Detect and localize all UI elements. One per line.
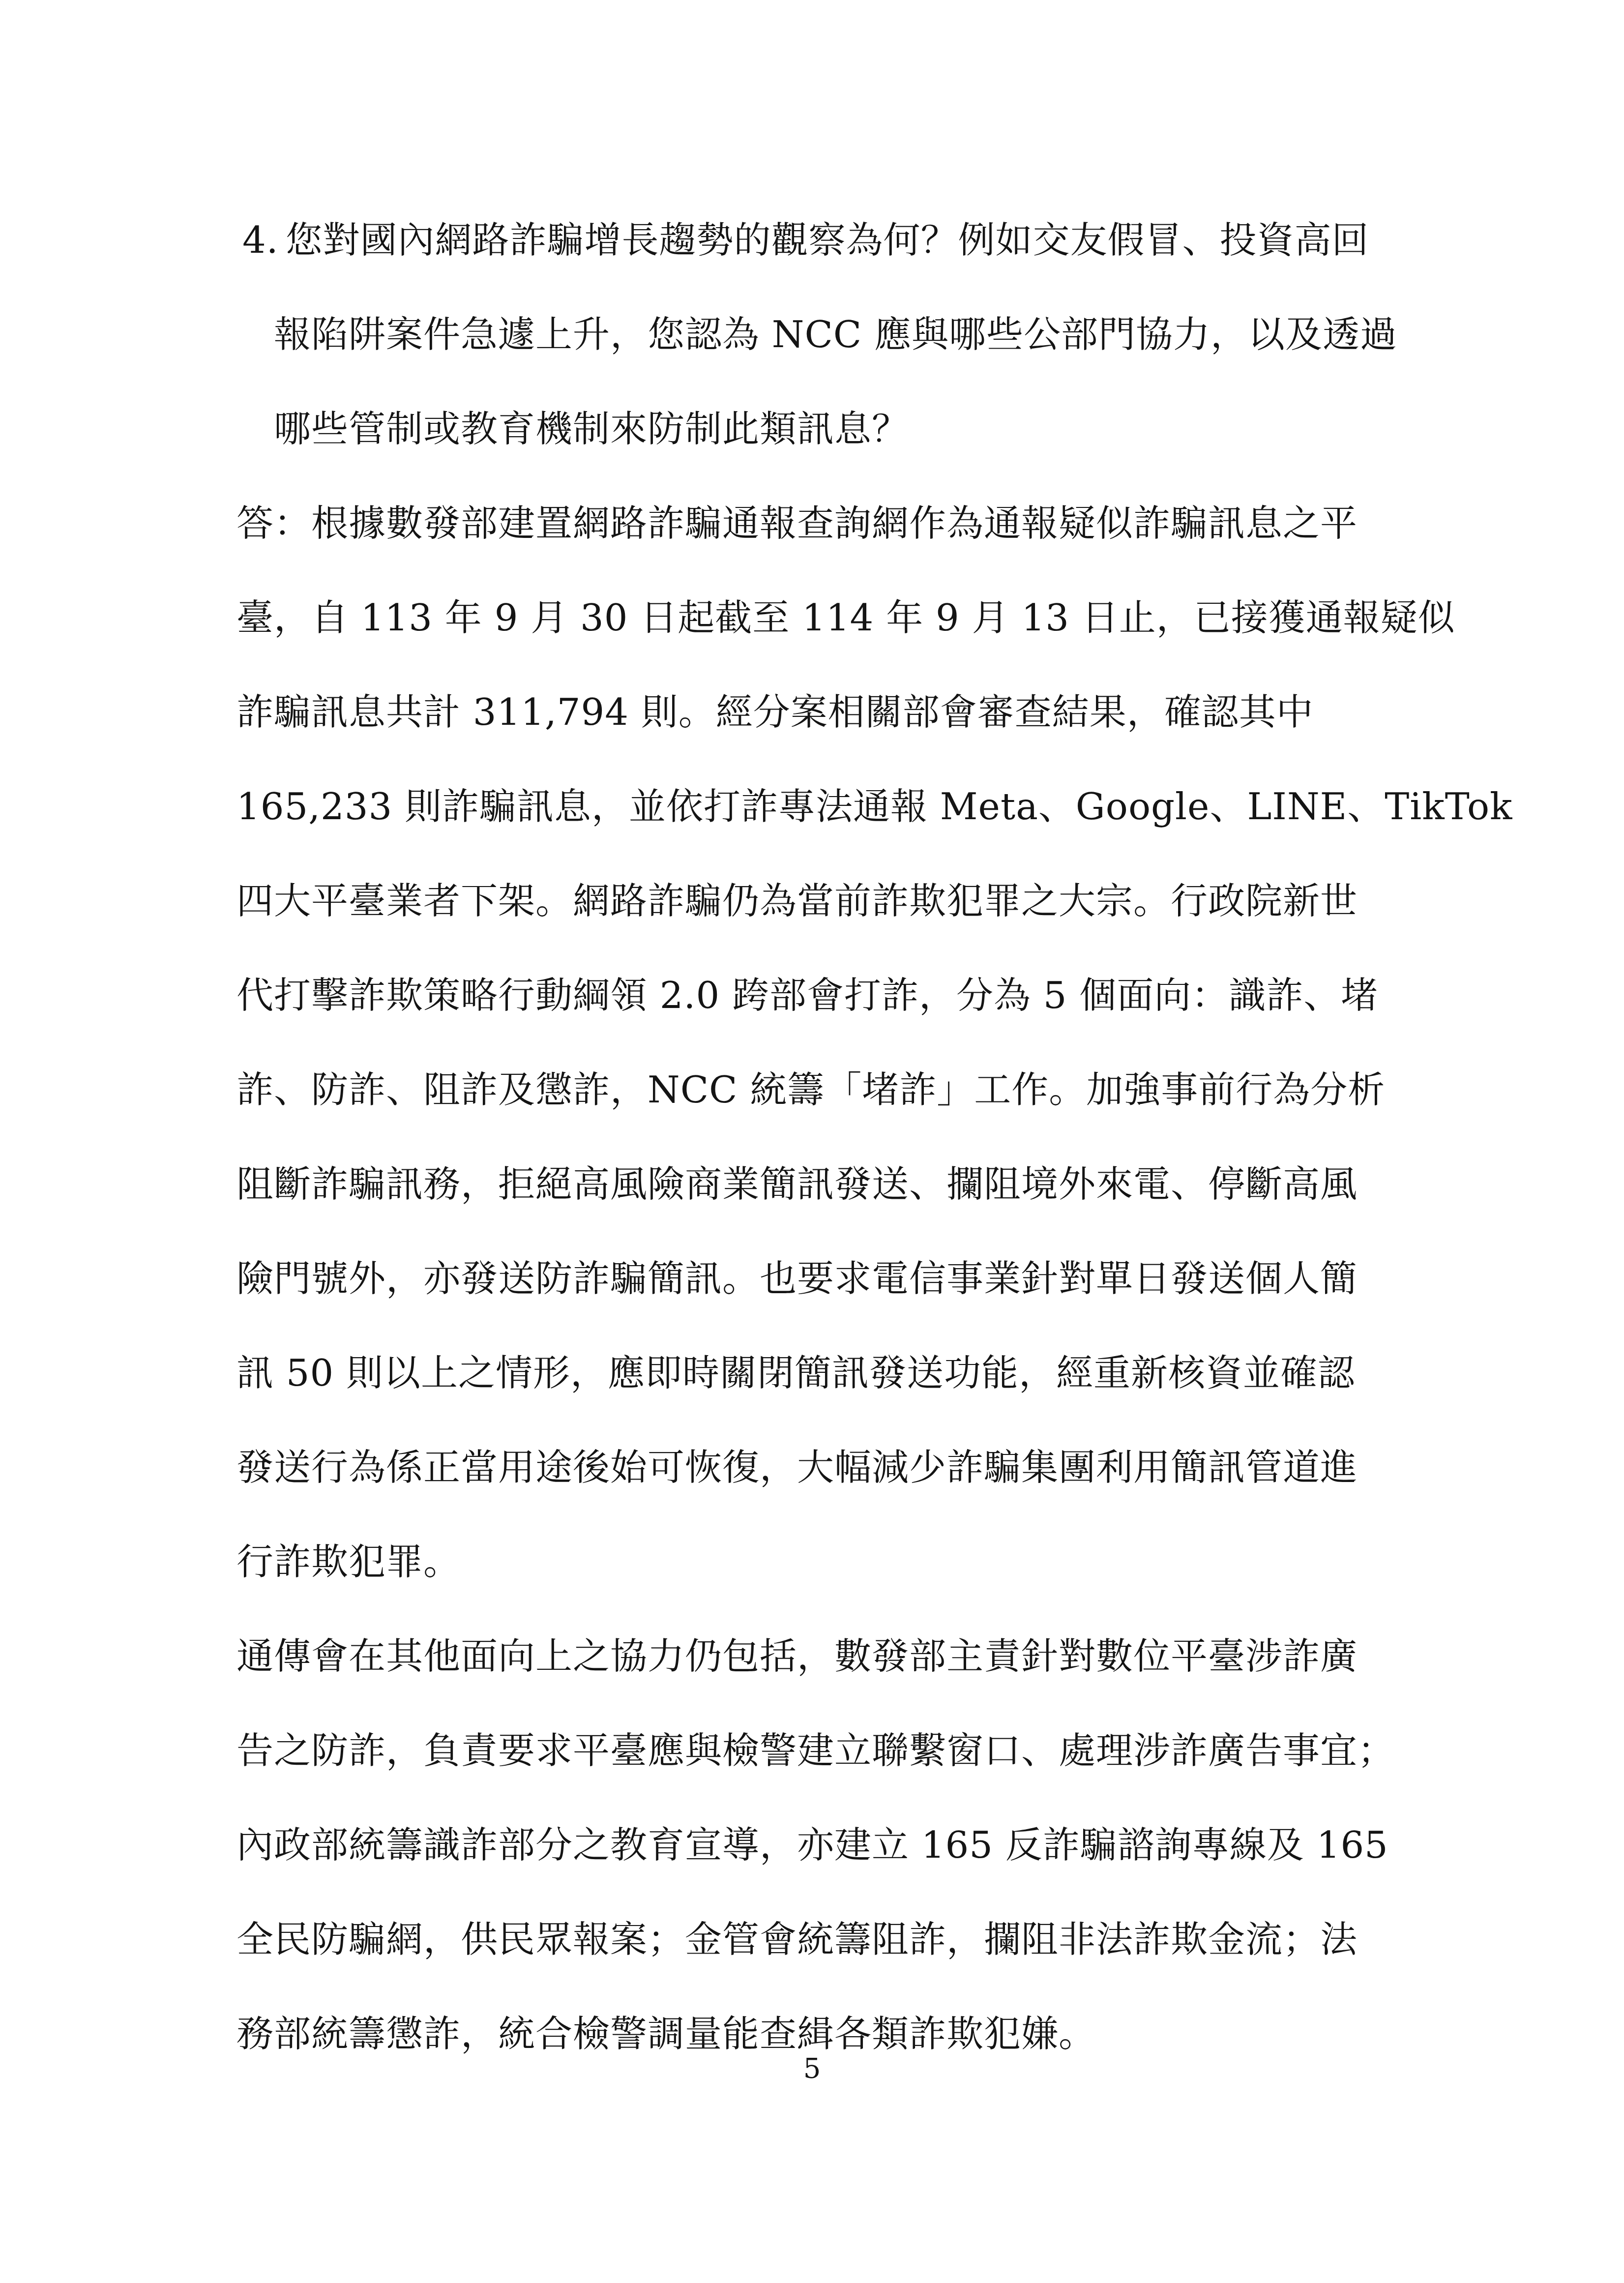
answer-line: 告之防詐，負責要求平臺應與檢警建立聯繫窗口、處理涉詐廣告事宜； <box>236 1703 1407 1798</box>
answer-line: 四大平臺業者下架。網路詐騙仍為當前詐欺犯罪之大宗。行政院新世 <box>236 854 1407 948</box>
answer-line: 通傳會在其他面向上之協力仍包括，數發部主責針對數位平臺涉詐廣 <box>236 1609 1407 1703</box>
question-number: 4. <box>242 218 286 262</box>
answer-line: 發送行為係正當用途後始可恢復，大幅減少詐騙集團利用簡訊管道進 <box>236 1420 1407 1514</box>
document-text-block: 4.您對國內網路詐騙增長趨勢的觀察為何？例如交友假冒、投資高回 報陷阱案件急遽上… <box>236 193 1407 2081</box>
answer-line: 阻斷詐騙訊務，拒絕高風險商業簡訊發送、攔阻境外來電、停斷高風 <box>236 1137 1407 1231</box>
answer-line: 答：根據數發部建置網路詐騙通報查詢網作為通報疑似詐騙訊息之平 <box>236 476 1407 570</box>
question-line: 4.您對國內網路詐騙增長趨勢的觀察為何？例如交友假冒、投資高回 <box>236 193 1407 287</box>
answer-line: 詐、防詐、阻詐及懲詐，NCC 統籌「堵詐」工作。加強事前行為分析 <box>236 1042 1407 1137</box>
answer-line: 險門號外，亦發送防詐騙簡訊。也要求電信事業針對單日發送個人簡 <box>236 1231 1407 1326</box>
answer-line: 詐騙訊息共計 311,794 則。經分案相關部會審查結果，確認其中 <box>236 665 1407 759</box>
scanned-document-page: 4.您對國內網路詐騙增長趨勢的觀察為何？例如交友假冒、投資高回 報陷阱案件急遽上… <box>0 0 1624 2283</box>
page-number: 5 <box>0 2049 1624 2089</box>
answer-line: 行詐欺犯罪。 <box>236 1514 1407 1609</box>
answer-line: 訊 50 則以上之情形，應即時關閉簡訊發送功能，經重新核資並確認 <box>236 1326 1407 1420</box>
answer-line: 臺，自 113 年 9 月 30 日起截至 114 年 9 月 13 日止，已接… <box>236 570 1407 665</box>
question-line: 報陷阱案件急遽上升，您認為 NCC 應與哪些公部門協力，以及透過 <box>236 287 1407 382</box>
question-text: 您對國內網路詐騙增長趨勢的觀察為何？例如交友假冒、投資高回 <box>286 218 1369 262</box>
question-line: 哪些管制或教育機制來防制此類訊息？ <box>236 382 1407 476</box>
answer-line: 代打擊詐欺策略行動綱領 2.0 跨部會打詐，分為 5 個面向：識詐、堵 <box>236 948 1407 1042</box>
answer-line: 內政部統籌識詐部分之教育宣導，亦建立 165 反詐騙諮詢專線及 165 <box>236 1798 1407 1892</box>
answer-line: 全民防騙網，供民眾報案；金管會統籌阻詐，攔阻非法詐欺金流；法 <box>236 1892 1407 1987</box>
answer-line: 165,233 則詐騙訊息，並依打詐專法通報 Meta、Google、LINE、… <box>236 759 1407 854</box>
